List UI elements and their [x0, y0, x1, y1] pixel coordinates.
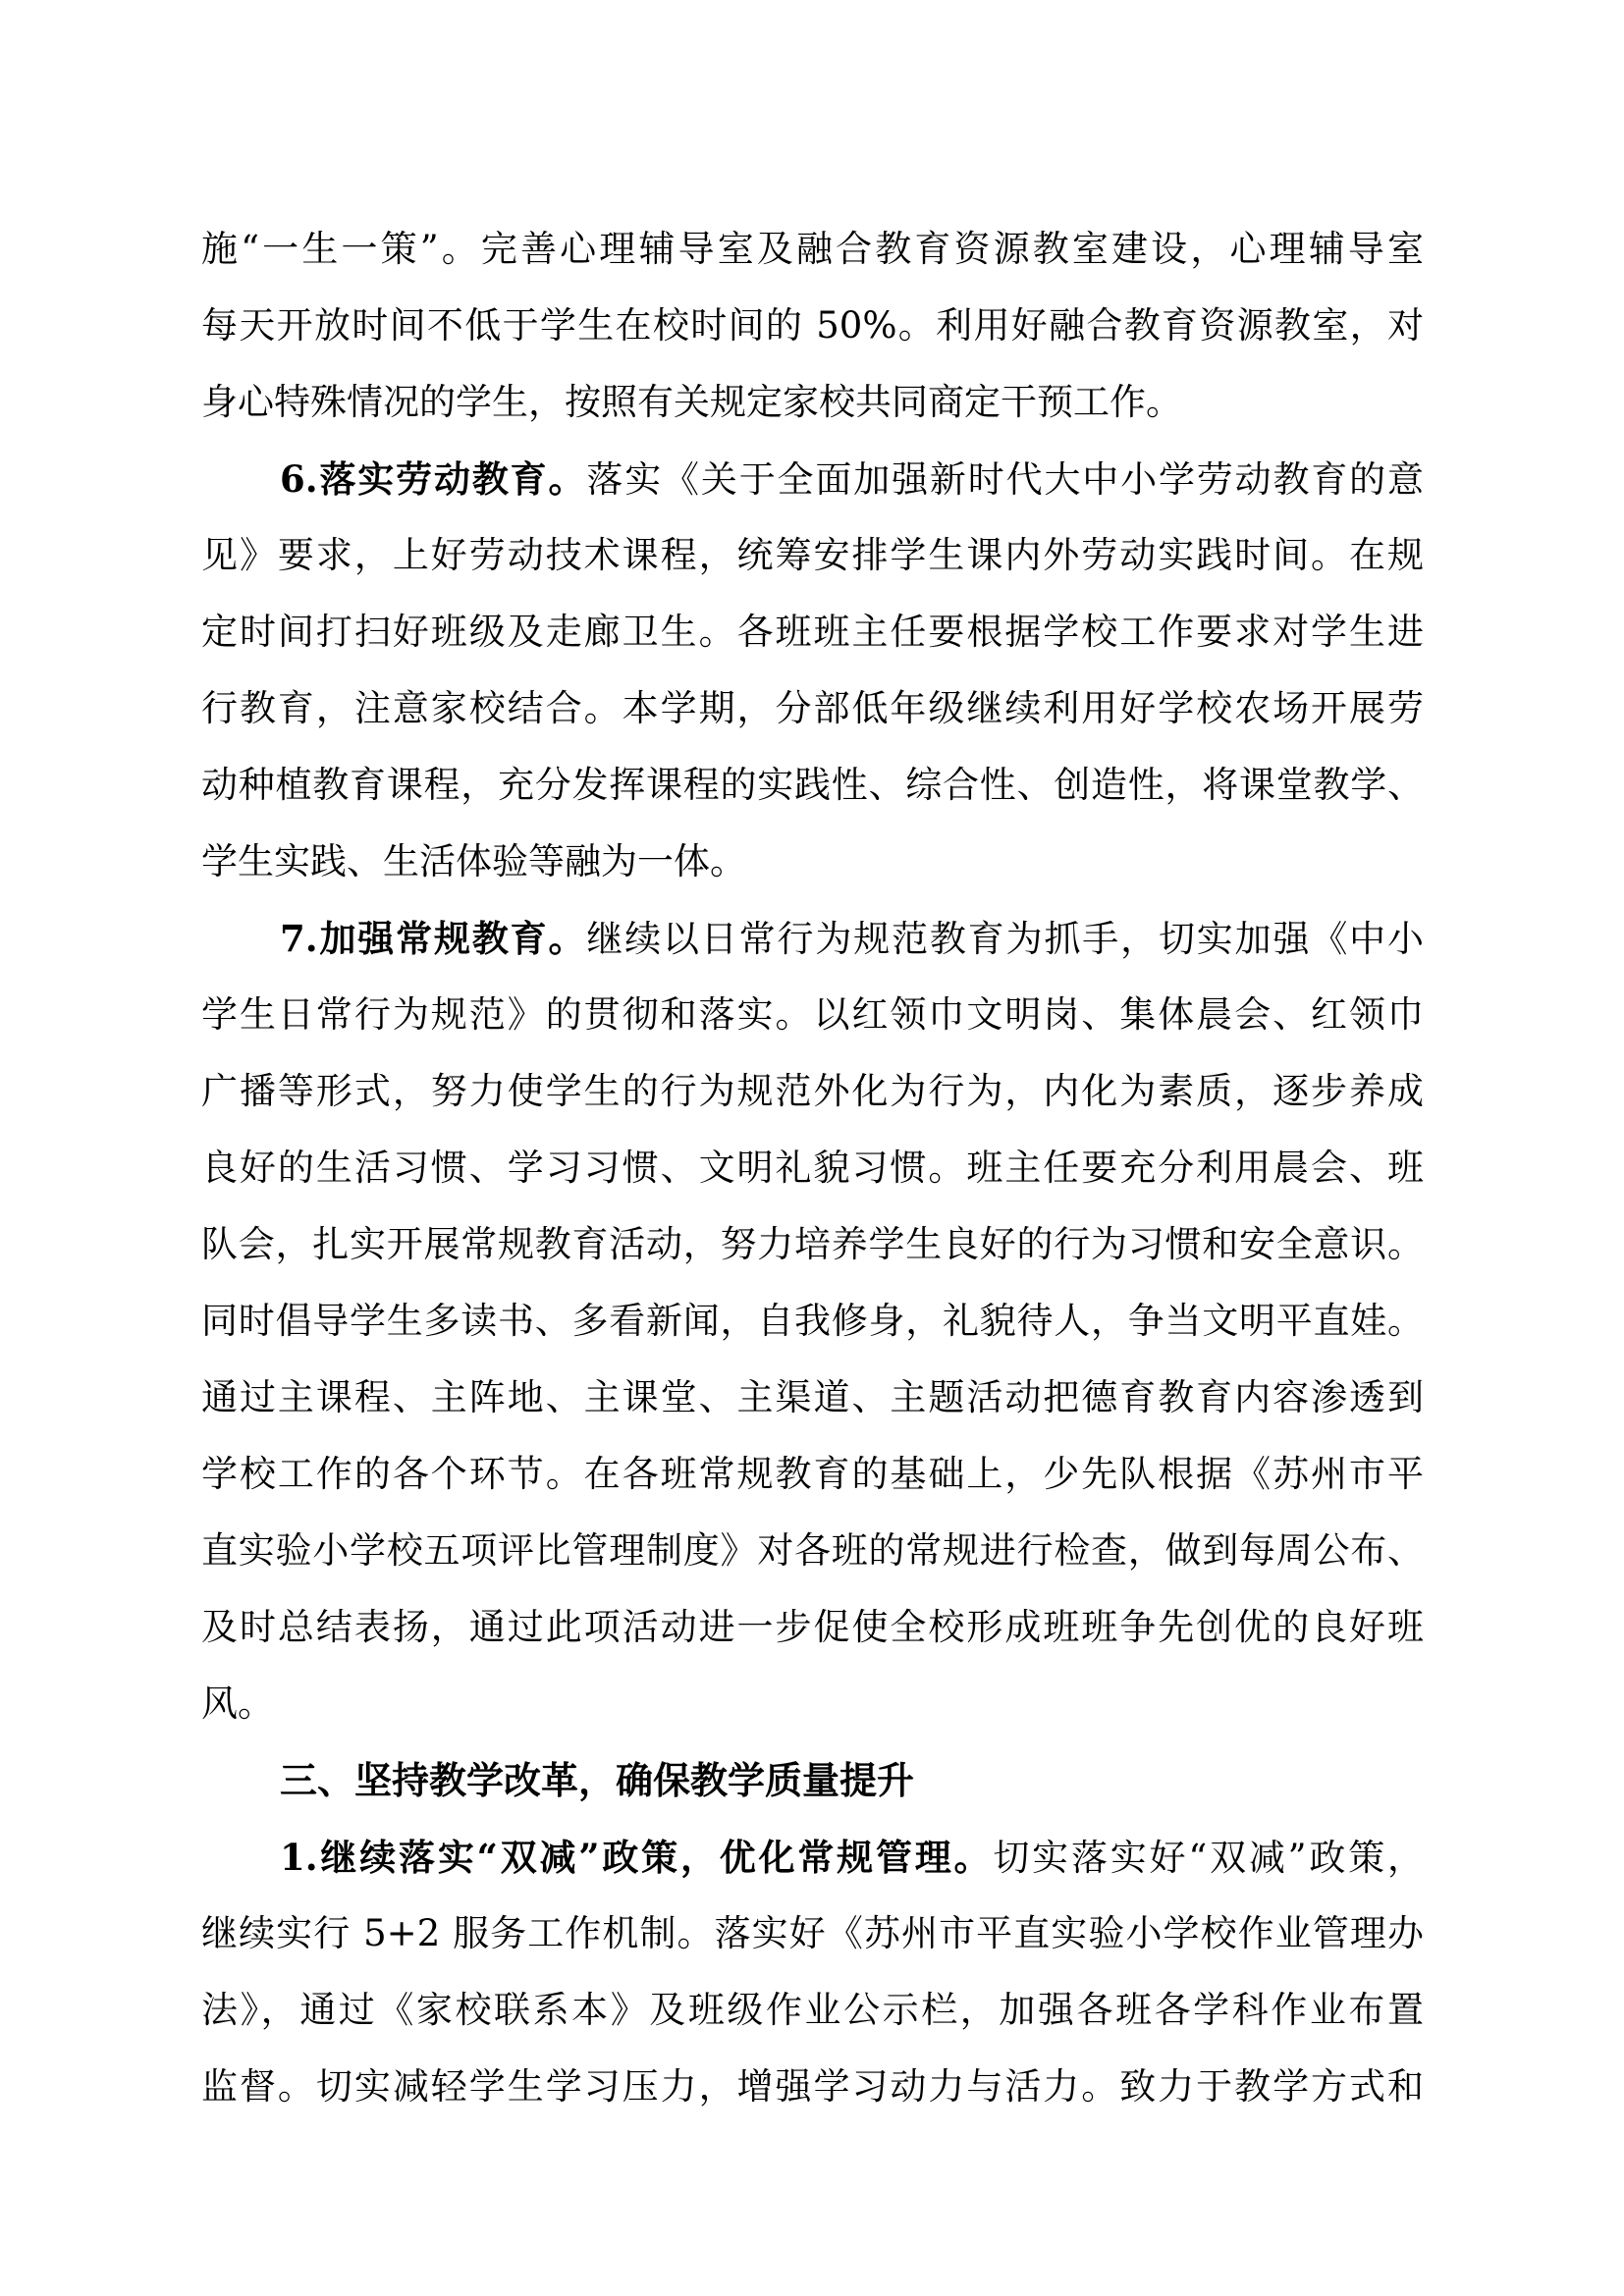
line-text: 动种植教育课程，充分发挥课程的实践性、综合性、创造性，将课堂教学、: [201, 764, 1424, 806]
line-text: 每天开放时间不低于学生在校时间的 50%。利用好融合教育资源教室，对: [201, 304, 1424, 347]
line-text: 继续以日常行为规范教育为抓手，切实加强《中小: [586, 918, 1424, 960]
text-line: 继续实行 5+2 服务工作机制。落实好《苏州市平直实验小学校作业管理办: [201, 1896, 1424, 1972]
text-line: 施“一生一策”。完善心理辅导室及融合教育资源教室建设，心理辅导室: [201, 211, 1424, 288]
line-text: 通过主课程、主阵地、主课堂、主渠道、主题活动把德育教育内容渗透到: [201, 1376, 1424, 1418]
document-page: 施“一生一策”。完善心理辅导室及融合教育资源教室建设，心理辅导室每天开放时间不低…: [0, 0, 1624, 2296]
line-text: 良好的生活习惯、学习习惯、文明礼貌习惯。班主任要充分利用晨会、班: [201, 1147, 1424, 1189]
line-text: 身心特殊情况的学生，按照有关规定家校共同商定干预工作。: [201, 381, 1182, 423]
text-line: 及时总结表扬，通过此项活动进一步促使全校形成班班争先创优的良好班: [201, 1589, 1424, 1666]
line-text: 定时间打扫好班级及走廊卫生。各班班主任要根据学校工作要求对学生进: [201, 611, 1424, 653]
text-line: 学校工作的各个环节。在各班常规教育的基础上，少先队根据《苏州市平: [201, 1436, 1424, 1513]
text-line: 每天开放时间不低于学生在校时间的 50%。利用好融合教育资源教室，对: [201, 288, 1424, 364]
line-text: 施“一生一策”。完善心理辅导室及融合教育资源教室建设，心理辅导室: [201, 228, 1424, 270]
bold-lead-run: 7.加强常规教育。: [280, 917, 586, 960]
text-line: 队会，扎实开展常规教育活动，努力培养学生良好的行为习惯和安全意识。: [201, 1206, 1424, 1283]
text-line: 行教育，注意家校结合。本学期，分部低年级继续利用好学校农场开展劳: [201, 670, 1424, 747]
line-text: 法》，通过《家校联系本》及班级作业公示栏，加强各班各学科作业布置: [201, 1989, 1424, 2031]
text-line: 同时倡导学生多读书、多看新闻，自我修身，礼貌待人，争当文明平直娃。: [201, 1283, 1424, 1360]
text-line: 身心特殊情况的学生，按照有关规定家校共同商定干预工作。: [201, 364, 1424, 441]
text-line: 学生实践、生活体验等融为一体。: [201, 824, 1424, 900]
text-line: 动种植教育课程，充分发挥课程的实践性、综合性、创造性，将课堂教学、: [201, 747, 1424, 824]
text-line: 法》，通过《家校联系本》及班级作业公示栏，加强各班各学科作业布置: [201, 1972, 1424, 2049]
text-line: 1.继续落实“双减”政策，优化常规管理。切实落实好“双减”政策，: [201, 1819, 1424, 1896]
section-heading: 三、坚持教学改革，确保教学质量提升: [201, 1742, 1424, 1819]
text-line: 监督。切实减轻学生学习压力，增强学习动力与活力。致力于教学方式和: [201, 2049, 1424, 2125]
line-text: 三、坚持教学改革，确保教学质量提升: [280, 1759, 914, 1802]
line-text: 落实《关于全面加强新时代大中小学劳动教育的意: [586, 458, 1424, 501]
line-text: 同时倡导学生多读书、多看新闻，自我修身，礼貌待人，争当文明平直娃。: [201, 1300, 1424, 1342]
text-line: 广播等形式，努力使学生的行为规范外化为行为，内化为素质，逐步养成: [201, 1053, 1424, 1130]
line-text: 继续实行 5+2 服务工作机制。落实好《苏州市平直实验小学校作业管理办: [201, 1912, 1424, 1954]
line-text: 队会，扎实开展常规教育活动，努力培养学生良好的行为习惯和安全意识。: [201, 1223, 1424, 1265]
bold-lead-run: 6.落实劳动教育。: [280, 457, 586, 501]
line-text: 监督。切实减轻学生学习压力，增强学习动力与活力。致力于教学方式和: [201, 2065, 1424, 2108]
text-line: 学生日常行为规范》的贯彻和落实。以红领巾文明岗、集体晨会、红领巾: [201, 977, 1424, 1053]
line-text: 学生日常行为规范》的贯彻和落实。以红领巾文明岗、集体晨会、红领巾: [201, 993, 1424, 1036]
line-text: 学校工作的各个环节。在各班常规教育的基础上，少先队根据《苏州市平: [201, 1453, 1424, 1495]
text-line: 风。: [201, 1666, 1424, 1742]
text-line: 见》要求，上好劳动技术课程，统筹安排学生课内外劳动实践时间。在规: [201, 517, 1424, 594]
line-text: 切实落实好“双减”政策，: [993, 1837, 1424, 1879]
document-body: 施“一生一策”。完善心理辅导室及融合教育资源教室建设，心理辅导室每天开放时间不低…: [201, 211, 1424, 2125]
line-text: 学生实践、生活体验等融为一体。: [201, 840, 746, 882]
line-text: 广播等形式，努力使学生的行为规范外化为行为，内化为素质，逐步养成: [201, 1070, 1424, 1112]
line-text: 及时总结表扬，通过此项活动进一步促使全校形成班班争先创优的良好班: [201, 1606, 1424, 1648]
bold-lead-run: 1.继续落实“双减”政策，优化常规管理。: [280, 1836, 993, 1879]
line-text: 直实验小学校五项评比管理制度》对各班的常规进行检查，做到每周公布、: [201, 1529, 1424, 1572]
text-line: 通过主课程、主阵地、主课堂、主渠道、主题活动把德育教育内容渗透到: [201, 1360, 1424, 1436]
text-line: 6.落实劳动教育。落实《关于全面加强新时代大中小学劳动教育的意: [201, 441, 1424, 517]
line-text: 风。: [201, 1682, 274, 1725]
text-line: 良好的生活习惯、学习习惯、文明礼貌习惯。班主任要充分利用晨会、班: [201, 1130, 1424, 1206]
line-text: 行教育，注意家校结合。本学期，分部低年级继续利用好学校农场开展劳: [201, 687, 1424, 729]
text-line: 定时间打扫好班级及走廊卫生。各班班主任要根据学校工作要求对学生进: [201, 594, 1424, 670]
line-text: 见》要求，上好劳动技术课程，统筹安排学生课内外劳动实践时间。在规: [201, 534, 1424, 576]
text-line: 7.加强常规教育。继续以日常行为规范教育为抓手，切实加强《中小: [201, 900, 1424, 977]
text-line: 直实验小学校五项评比管理制度》对各班的常规进行检查，做到每周公布、: [201, 1513, 1424, 1589]
